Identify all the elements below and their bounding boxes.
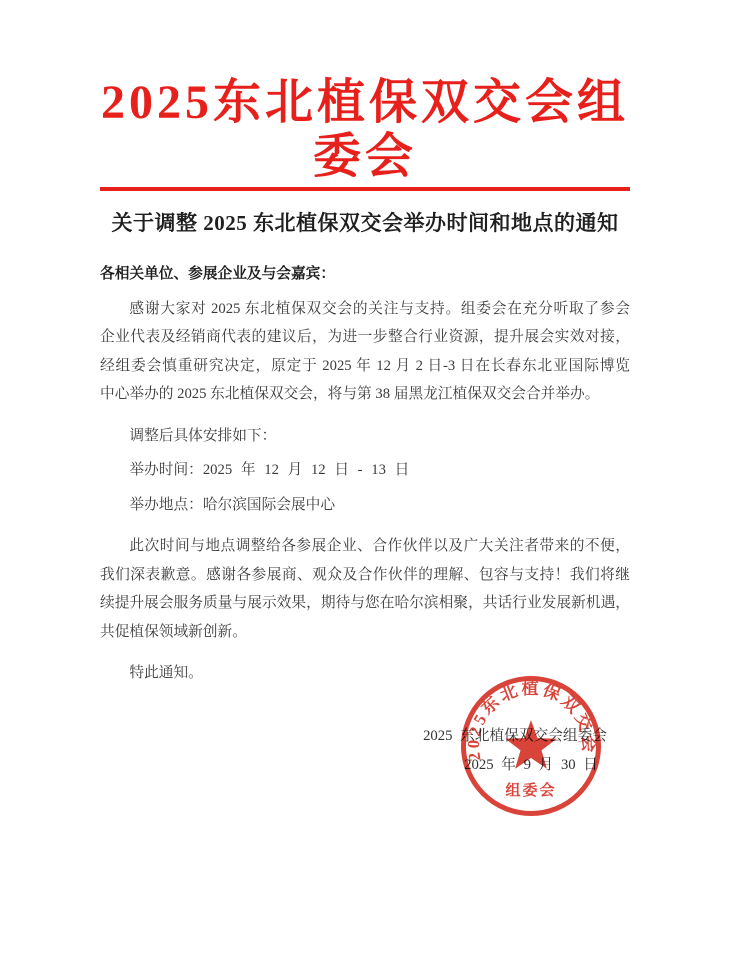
body-line: 共促植保领域新创新。 bbox=[100, 618, 630, 647]
body-block: 感谢大家对 2025 东北植保双交会的关注与支持。组委会在充分听取了参会企业代表… bbox=[100, 295, 630, 409]
seal-bottom-text: 组委会 bbox=[505, 781, 556, 799]
body-line: 企业代表及经销商代表的建议后，为进一步整合行业资源，提升展会实效对接， bbox=[100, 323, 630, 352]
body-line: 续提升展会服务质量与展示效果，期待与您在哈尔滨相聚，共话行业发展新机遇， bbox=[100, 589, 630, 618]
page-title: 2025东北植保双交会组委会 bbox=[100, 76, 630, 191]
body-line: 我们深表歉意。感谢各参展商、观众及合作伙伴的理解、包容与支持！我们将继 bbox=[100, 561, 630, 590]
body-line: 特此通知。 bbox=[100, 659, 630, 688]
body-block: 举办地点：哈尔滨国际会展中心 bbox=[100, 491, 630, 520]
body-line: 此次时间与地点调整给各参展企业、合作伙伴以及广大关注者带来的不便， bbox=[100, 532, 630, 561]
signature-org: 2025 东北植保双交会组委会 bbox=[423, 722, 607, 751]
body-line: 中心举办的 2025 东北植保双交会，将与第 38 届黑龙江植保双交会合并举办。 bbox=[100, 380, 630, 409]
body-line: 经组委会慎重研究决定，原定于 2025 年 12 月 2 日-3 日在长春东北亚… bbox=[100, 352, 630, 381]
body-line: 举办地点：哈尔滨国际会展中心 bbox=[100, 491, 630, 520]
page-subtitle: 关于调整 2025 东北植保双交会举办时间和地点的通知 bbox=[100, 210, 630, 236]
signature-date: 2025 年 9 月 30 日 bbox=[464, 751, 598, 780]
body-line: 调整后具体安排如下： bbox=[100, 422, 630, 451]
page-title-text: 2025东北植保双交会组委会 bbox=[100, 76, 630, 191]
body-line: 感谢大家对 2025 东北植保双交会的关注与支持。组委会在充分听取了参会 bbox=[100, 295, 630, 324]
body-line: 各相关单位、参展企业及与会嘉宾： bbox=[100, 260, 630, 289]
document-page: 2025东北植保双交会组委会 关于调整 2025 东北植保双交会举办时间和地点的… bbox=[0, 0, 730, 959]
body-block: 调整后具体安排如下： bbox=[100, 422, 630, 451]
document-content: 2025东北植保双交会组委会 关于调整 2025 东北植保双交会举办时间和地点的… bbox=[0, 0, 730, 688]
body-line: 举办时间：2025 年 12 月 12 日 - 13 日 bbox=[100, 456, 630, 485]
body-blocks: 各相关单位、参展企业及与会嘉宾：感谢大家对 2025 东北植保双交会的关注与支持… bbox=[100, 260, 630, 688]
body-block: 特此通知。 bbox=[100, 659, 630, 688]
body-block: 举办时间：2025 年 12 月 12 日 - 13 日 bbox=[100, 456, 630, 485]
salutation: 各相关单位、参展企业及与会嘉宾： bbox=[100, 260, 630, 289]
body-block: 此次时间与地点调整给各参展企业、合作伙伴以及广大关注者带来的不便，我们深表歉意。… bbox=[100, 532, 630, 646]
